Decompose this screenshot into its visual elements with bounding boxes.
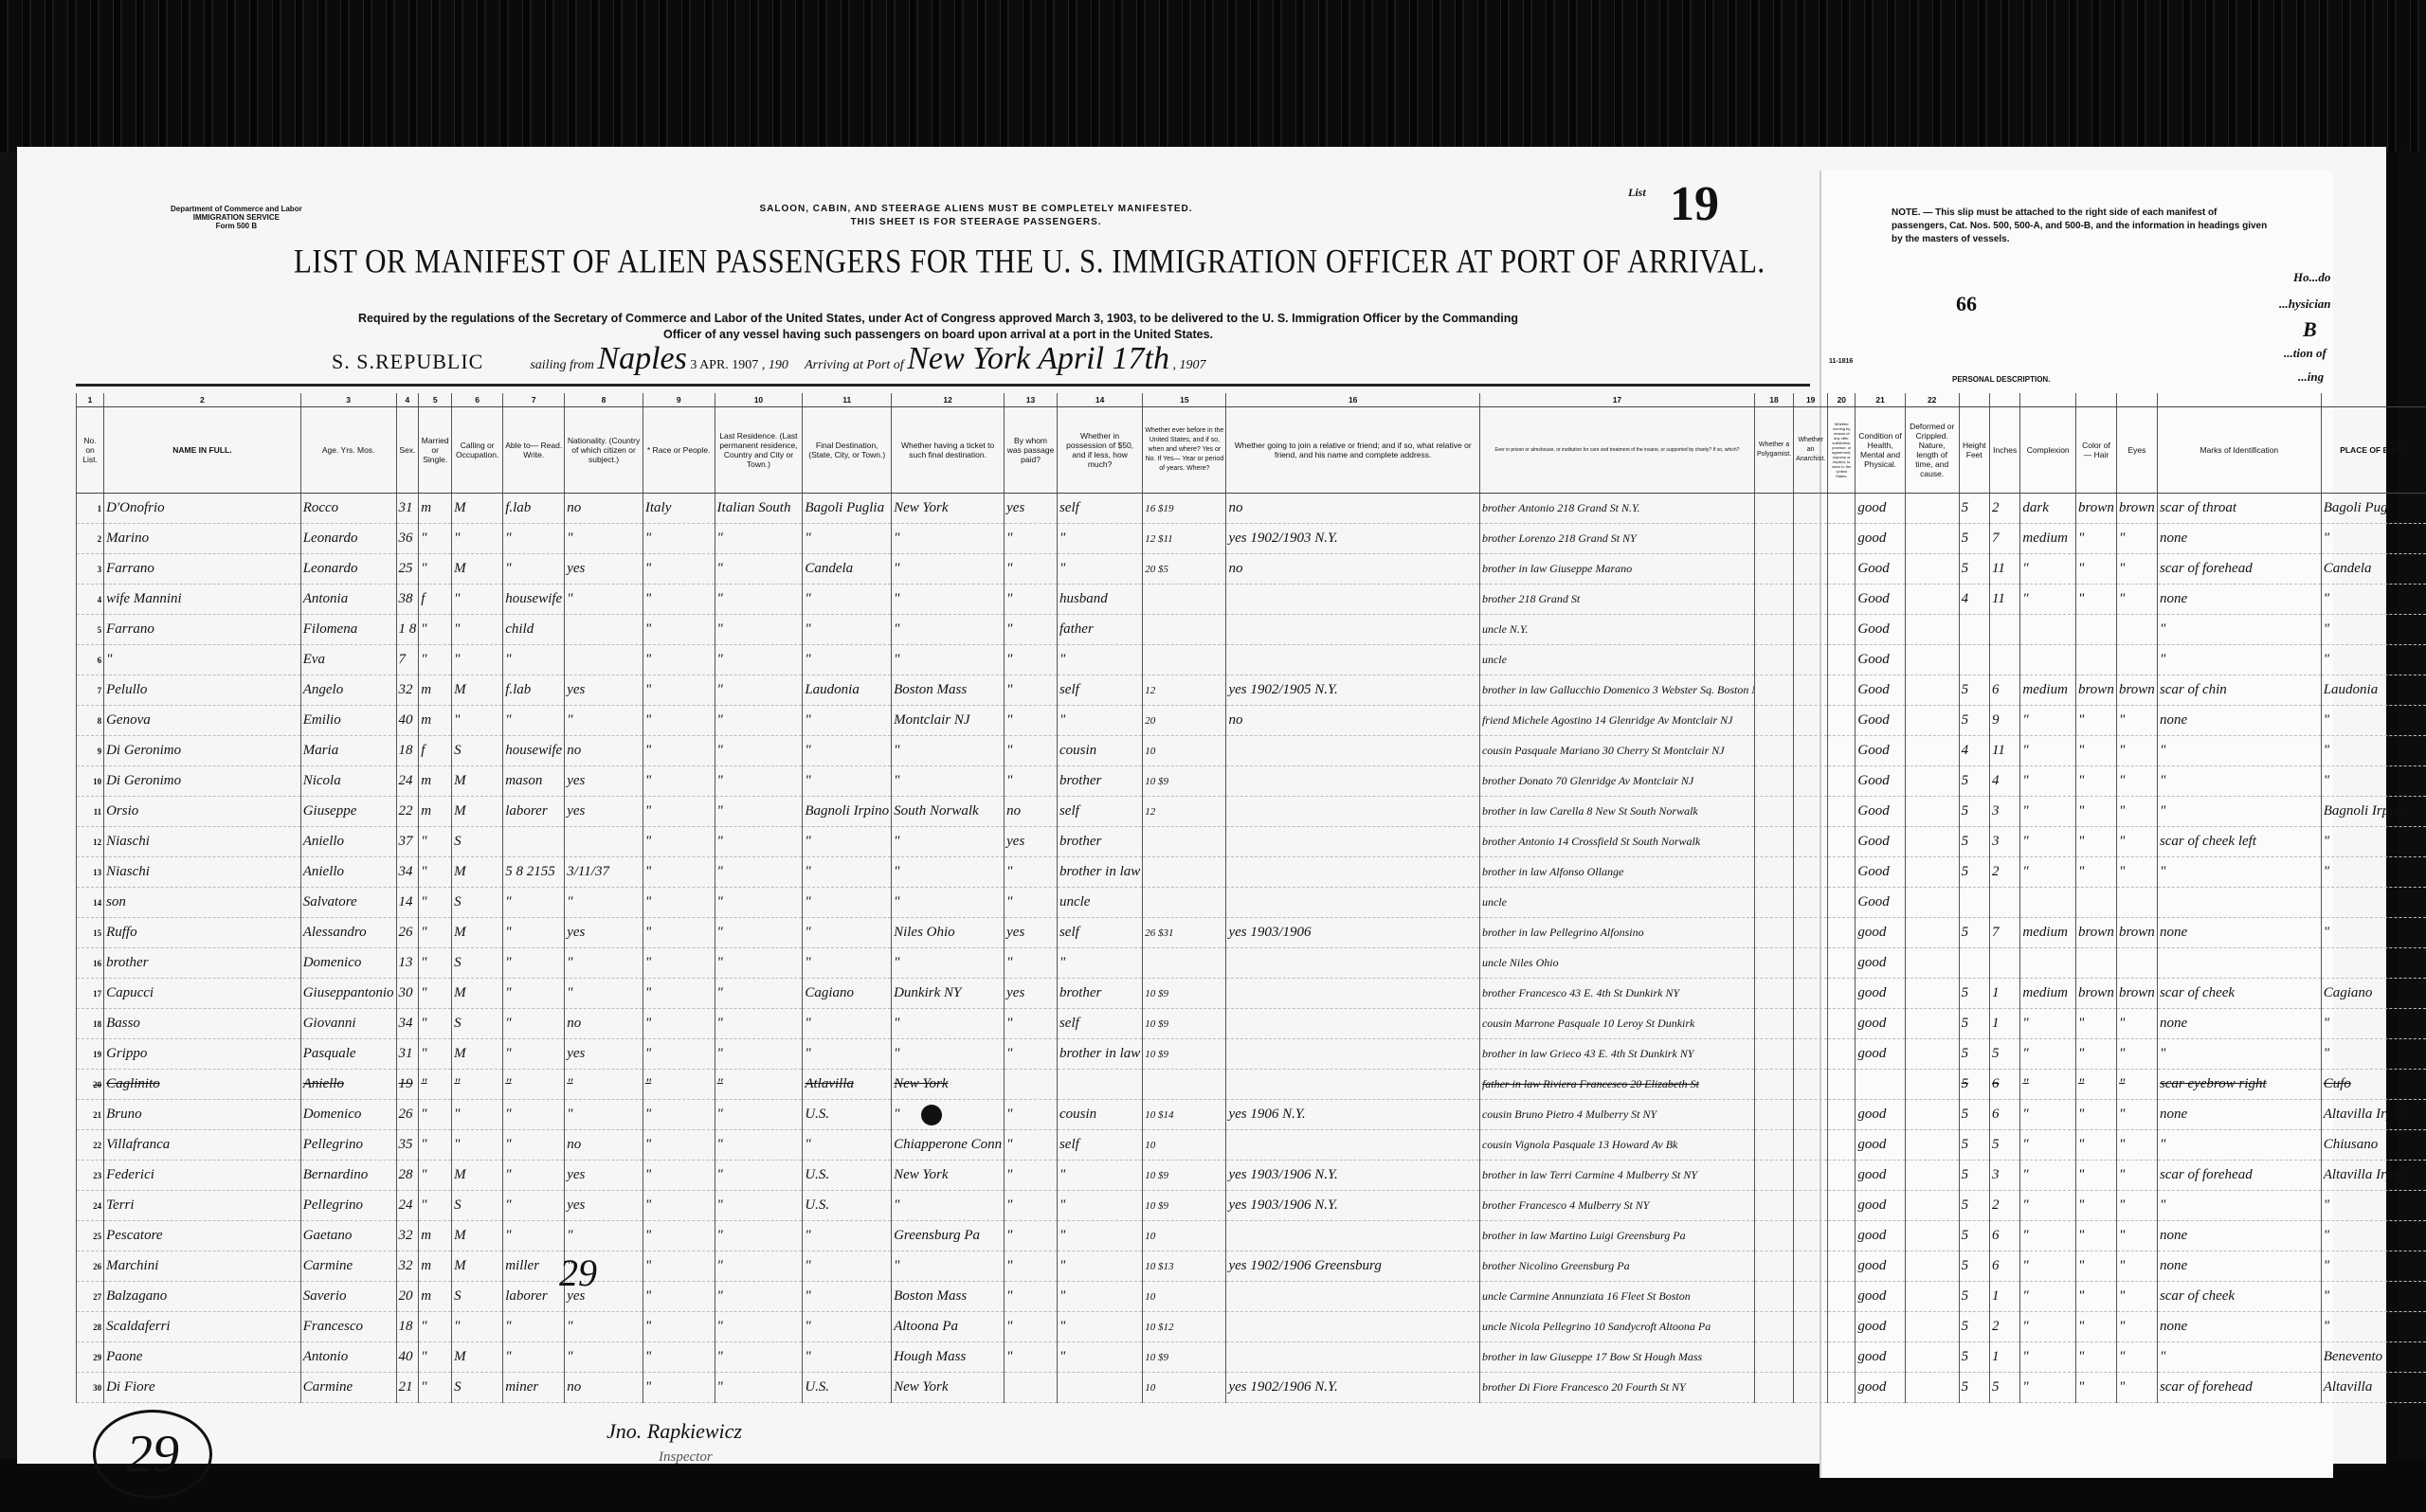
col-num: 22 — [1905, 393, 1959, 407]
table-row: 5FarranoFilomena1 8""child"""""fatherunc… — [77, 615, 2426, 645]
cell-complexion: " — [2020, 1373, 2076, 1403]
cell-read-write: yes — [565, 766, 643, 797]
cell-identification-marks: scar of forehead — [2157, 1161, 2321, 1191]
cell-anarchist — [1828, 1312, 1856, 1342]
cell-prison — [1754, 888, 1793, 918]
manifest-table: 1 2 3 4 5 6 7 8 9 10 11 12 13 14 15 16 1… — [76, 393, 2426, 1403]
cell-ticket: " — [1005, 554, 1058, 585]
header-hair: Color of— Hair — [2076, 407, 2117, 494]
cell-occupation: f.lab — [503, 494, 565, 524]
cell-surname: Di Geronimo — [104, 766, 301, 797]
cell-age: 24 — [396, 1191, 419, 1221]
cell-anarchist — [1828, 736, 1856, 766]
cell-sex: " — [419, 1161, 452, 1191]
cell-row-number: 3 — [77, 554, 104, 585]
cell-complexion: " — [2020, 1130, 2076, 1161]
cell-health: good — [1856, 1221, 1905, 1251]
side-label-1: Ho...do — [2293, 270, 2330, 285]
cell-deformed — [1905, 1100, 1959, 1130]
cell-row-number: 29 — [77, 1342, 104, 1373]
cell-sex: m — [419, 1251, 452, 1282]
cell-read-write: yes — [565, 1161, 643, 1191]
cell-hair-color: " — [2076, 1373, 2117, 1403]
cell-passage-paid-by: uncle — [1057, 888, 1142, 918]
header-birthplace: PLACE OF BIRTH — [2321, 407, 2426, 494]
cell-age: 38 — [396, 585, 419, 615]
cell-age: 30 — [396, 979, 419, 1009]
cell-health: Good — [1856, 675, 1905, 706]
cell-prison — [1754, 1009, 1793, 1039]
cell-joining-relative: brother in law Pellegrino Alfonsino — [1479, 918, 1754, 948]
cell-identification-marks: none — [2157, 585, 2321, 615]
cell-previous-us-visit: yes 1902/1906 Greensburg — [1226, 1251, 1479, 1282]
cell-birthplace: Bagoli Pug. — [2321, 494, 2426, 524]
cell-complexion: medium — [2020, 918, 2076, 948]
cell-health: good — [1856, 918, 1905, 948]
cell-nationality: " — [643, 1251, 715, 1282]
cell-health: good — [1856, 948, 1905, 979]
cell-identification-marks: scar of cheek — [2157, 979, 2321, 1009]
cell-race: " — [715, 857, 803, 888]
cell-occupation: " — [503, 554, 565, 585]
cell-identification-marks: " — [2157, 1130, 2321, 1161]
cell-passage-paid-by: " — [1057, 706, 1142, 736]
cell-age: 31 — [396, 494, 419, 524]
header-health: Condition of Health, Mental and Physical… — [1856, 407, 1905, 494]
cell-nationality: " — [643, 948, 715, 979]
cell-height-feet: 5 — [1959, 1342, 1989, 1373]
cell-occupation: " — [503, 524, 565, 554]
cell-identification-marks: scar of forehead — [2157, 1373, 2321, 1403]
cell-identification-marks: none — [2157, 1221, 2321, 1251]
cell-eye-color: " — [2116, 1039, 2157, 1070]
cell-sex: m — [419, 675, 452, 706]
cell-final-destination: " — [892, 585, 1005, 615]
cell-eye-color: " — [2116, 1342, 2157, 1373]
cell-surname: Pelullo — [104, 675, 301, 706]
col-num: 13 — [1005, 393, 1058, 407]
table-row: 28ScaldaferriFrancesco18"""""""Altoona P… — [77, 1312, 2426, 1342]
cell-hair-color: " — [2076, 1312, 2117, 1342]
cell-surname: Pescatore — [104, 1221, 301, 1251]
cell-given-name: Pellegrino — [300, 1191, 396, 1221]
cell-previous-us-visit: yes 1902/1905 N.Y. — [1226, 675, 1479, 706]
cell-sex: f — [419, 585, 452, 615]
cell-read-write: " — [565, 1100, 643, 1130]
cell-joining-relative: cousin Vignola Pasquale 13 Howard Av Bk — [1479, 1130, 1754, 1161]
cell-money: 12 — [1143, 797, 1226, 827]
cell-ticket: " — [1005, 645, 1058, 675]
cell-race: " — [715, 1342, 803, 1373]
cell-eye-color: " — [2116, 766, 2157, 797]
cell-eye-color: " — [2116, 1191, 2157, 1221]
cell-passage-paid-by: self — [1057, 675, 1142, 706]
col-num: 8 — [565, 393, 643, 407]
cell-nationality: " — [643, 1009, 715, 1039]
cell-eye-color: " — [2116, 585, 2157, 615]
cell-joining-relative: brother Antonio 14 Crossfield St South N… — [1479, 827, 1754, 857]
cell-identification-marks: none — [2157, 524, 2321, 554]
cell-marital-status: " — [452, 1312, 503, 1342]
cell-previous-us-visit — [1226, 736, 1479, 766]
cell-health: good — [1856, 1373, 1905, 1403]
cell-sex: " — [419, 1009, 452, 1039]
cell-identification-marks: none — [2157, 1251, 2321, 1282]
cell-height-inches: 1 — [1989, 1342, 2019, 1373]
cell-joining-relative: brother Antonio 218 Grand St N.Y. — [1479, 494, 1754, 524]
header-prison: Ever in prison or almshouse, or institut… — [1479, 407, 1754, 494]
cell-height-feet: 5 — [1959, 706, 1989, 736]
cell-nationality: " — [643, 797, 715, 827]
cell-age: 1 8 — [396, 615, 419, 645]
cell-age: 28 — [396, 1161, 419, 1191]
cell-anarchist — [1828, 979, 1856, 1009]
cell-hair-color: " — [2076, 706, 2117, 736]
cell-anarchist — [1828, 1251, 1856, 1282]
cell-race: " — [715, 918, 803, 948]
cell-polygamist — [1794, 1070, 1828, 1100]
cell-hair-color: " — [2076, 554, 2117, 585]
cell-nationality: " — [643, 645, 715, 675]
header-nationality: Nationality. (Country of which citizen o… — [565, 407, 643, 494]
cell-previous-us-visit: no — [1226, 706, 1479, 736]
table-row: 25PescatoreGaetano32mM"""""Greensburg Pa… — [77, 1221, 2426, 1251]
cell-ticket: " — [1005, 524, 1058, 554]
cell-birthplace: Altavilla Irpin — [2321, 1100, 2426, 1130]
cell-prison — [1754, 1191, 1793, 1221]
cell-surname: Marino — [104, 524, 301, 554]
cell-age: 7 — [396, 645, 419, 675]
cell-nationality: " — [643, 1342, 715, 1373]
cell-height-feet: 5 — [1959, 675, 1989, 706]
cell-joining-relative: brother in law Gallucchio Domenico 3 Web… — [1479, 675, 1754, 706]
cell-read-write: " — [565, 1070, 643, 1100]
cell-eye-color: " — [2116, 736, 2157, 766]
cell-hair-color: " — [2076, 524, 2117, 554]
cell-polygamist — [1794, 827, 1828, 857]
cell-height-inches: 3 — [1989, 1161, 2019, 1191]
cell-nationality: " — [643, 1282, 715, 1312]
department-block: Department of Commerce and Labor IMMIGRA… — [171, 205, 302, 230]
cell-anarchist — [1828, 1130, 1856, 1161]
cell-read-write: " — [565, 1312, 643, 1342]
col-num: 20 — [1828, 393, 1856, 407]
cell-sex: " — [419, 1312, 452, 1342]
cell-final-destination: " — [892, 615, 1005, 645]
cell-birthplace: " — [2321, 585, 2426, 615]
cell-height-feet: 5 — [1959, 857, 1989, 888]
cell-given-name: Eva — [300, 645, 396, 675]
year-suffix: , 190 — [762, 358, 788, 372]
cell-joining-relative: uncle Niles Ohio — [1479, 948, 1754, 979]
table-row: 23FedericiBernardino28"M"yes""U.S.New Yo… — [77, 1161, 2426, 1191]
cell-anarchist — [1828, 918, 1856, 948]
cell-ticket: " — [1005, 1312, 1058, 1342]
cell-prison — [1754, 585, 1793, 615]
cell-sex: " — [419, 918, 452, 948]
cell-passage-paid-by: " — [1057, 948, 1142, 979]
cell-birthplace: " — [2321, 1039, 2426, 1070]
cell-health: Good — [1856, 827, 1905, 857]
cell-last-residence: Bagoli Puglia — [803, 494, 892, 524]
cell-height-feet: 5 — [1959, 827, 1989, 857]
cell-age: 32 — [396, 1251, 419, 1282]
cell-occupation: " — [503, 1342, 565, 1373]
cell-birthplace: " — [2321, 1312, 2426, 1342]
ink-blot — [921, 1105, 942, 1125]
cell-last-residence: " — [803, 888, 892, 918]
cell-passage-paid-by: " — [1057, 1342, 1142, 1373]
circled-page-count: 29 — [93, 1410, 212, 1499]
cell-occupation: " — [503, 1221, 565, 1251]
table-row: 4wife ManniniAntonia38f"housewife""""""h… — [77, 585, 2426, 615]
cell-birthplace: " — [2321, 645, 2426, 675]
cell-health: Good — [1856, 766, 1905, 797]
cell-complexion: medium — [2020, 979, 2076, 1009]
cell-health: good — [1856, 1130, 1905, 1161]
cell-eye-color: brown — [2116, 494, 2157, 524]
cell-health: Good — [1856, 554, 1905, 585]
cell-hair-color: " — [2076, 1251, 2117, 1282]
cell-read-write: yes — [565, 1191, 643, 1221]
cell-height-inches: 1 — [1989, 1009, 2019, 1039]
col-num: 7 — [503, 393, 565, 407]
cell-prison — [1754, 615, 1793, 645]
cell-hair-color: brown — [2076, 494, 2117, 524]
cell-given-name: Domenico — [300, 948, 396, 979]
cell-race: " — [715, 797, 803, 827]
cell-anarchist — [1828, 797, 1856, 827]
cell-joining-relative: brother Nicolino Greensburg Pa — [1479, 1251, 1754, 1282]
cell-health: good — [1856, 1251, 1905, 1282]
cell-polygamist — [1794, 1221, 1828, 1251]
cell-surname: Di Fiore — [104, 1373, 301, 1403]
table-row: 12NiaschiAniello37"S""""yesbrotherbrothe… — [77, 827, 2426, 857]
cell-previous-us-visit: yes 1903/1906 N.Y. — [1226, 1191, 1479, 1221]
side-label-3: B — [2303, 317, 2317, 342]
cell-prison — [1754, 1039, 1793, 1070]
table-row: 22VillafrancaPellegrino35"""no"""Chiappe… — [77, 1130, 2426, 1161]
cell-nationality: " — [643, 706, 715, 736]
cell-nationality: " — [643, 585, 715, 615]
cell-previous-us-visit — [1226, 1282, 1479, 1312]
cell-prison — [1754, 554, 1793, 585]
cell-age: 36 — [396, 524, 419, 554]
cell-polygamist — [1794, 736, 1828, 766]
requirement-line-1: Required by the regulations of the Secre… — [180, 311, 1696, 327]
cell-hair-color: " — [2076, 1191, 2117, 1221]
cell-row-number: 9 — [77, 736, 104, 766]
cell-joining-relative: brother Francesco 43 E. 4th St Dunkirk N… — [1479, 979, 1754, 1009]
cell-birthplace: " — [2321, 1191, 2426, 1221]
cell-passage-paid-by: brother in law — [1057, 1039, 1142, 1070]
cell-race: " — [715, 766, 803, 797]
cell-joining-relative: brother in law Grieco 43 E. 4th St Dunki… — [1479, 1039, 1754, 1070]
cell-complexion: " — [2020, 827, 2076, 857]
cell-joining-relative: father in law Riviera Francesco 20 Eliza… — [1479, 1070, 1754, 1100]
cell-deformed — [1905, 1161, 1959, 1191]
cell-race: " — [715, 706, 803, 736]
table-row: 13NiaschiAniello34"M5 8 21553/11/37"""""… — [77, 857, 2426, 888]
cell-race: Italian South — [715, 494, 803, 524]
cell-health: good — [1856, 1100, 1905, 1130]
cell-sex: " — [419, 979, 452, 1009]
cell-eye-color: brown — [2116, 675, 2157, 706]
cell-health: Good — [1856, 645, 1905, 675]
header-passage-paid: By whom was passage paid? — [1005, 407, 1058, 494]
cell-height-feet: 5 — [1959, 524, 1989, 554]
cell-joining-relative: brother Lorenzo 218 Grand St NY — [1479, 524, 1754, 554]
cell-final-destination: " — [892, 1009, 1005, 1039]
cell-health: good — [1856, 1161, 1905, 1191]
cell-hair-color: brown — [2076, 979, 2117, 1009]
cell-eye-color: " — [2116, 1221, 2157, 1251]
header-anarchist: Whether an Anarchist. — [1794, 407, 1828, 494]
cell-money: 20 — [1143, 706, 1226, 736]
cell-row-number: 6 — [77, 645, 104, 675]
table-row: 1D'OnofrioRocco31mMf.labnoItalyItalian S… — [77, 494, 2426, 524]
cell-passage-paid-by: " — [1057, 1221, 1142, 1251]
col-num: 4 — [396, 393, 419, 407]
cell-last-residence: " — [803, 585, 892, 615]
cell-given-name: Francesco — [300, 1312, 396, 1342]
cell-polygamist — [1794, 706, 1828, 736]
cell-deformed — [1905, 857, 1959, 888]
microfilm-border-left — [0, 152, 19, 1512]
cell-marital-status: S — [452, 1009, 503, 1039]
cell-last-residence: " — [803, 1221, 892, 1251]
cell-health: Good — [1856, 736, 1905, 766]
cell-health: good — [1856, 1009, 1905, 1039]
cell-money — [1143, 585, 1226, 615]
cell-occupation: 5 8 2155 — [503, 857, 565, 888]
cell-age: 40 — [396, 1342, 419, 1373]
cell-polygamist — [1794, 1342, 1828, 1373]
col-num: 11 — [803, 393, 892, 407]
cell-identification-marks: " — [2157, 615, 2321, 645]
cell-occupation: " — [503, 918, 565, 948]
cell-identification-marks: scar of chin — [2157, 675, 2321, 706]
cell-eye-color: " — [2116, 1130, 2157, 1161]
cell-surname: brother — [104, 948, 301, 979]
cell-given-name: Gaetano — [300, 1221, 396, 1251]
cell-read-write: no — [565, 736, 643, 766]
cell-previous-us-visit: yes 1903/1906 N.Y. — [1226, 1161, 1479, 1191]
service-name: IMMIGRATION SERVICE — [171, 213, 302, 222]
cell-race: " — [715, 948, 803, 979]
cell-money: 10 $14 — [1143, 1100, 1226, 1130]
cell-hair-color — [2076, 888, 2117, 918]
cell-joining-relative: brother Francesco 4 Mulberry St NY — [1479, 1191, 1754, 1221]
cell-nationality: Italy — [643, 494, 715, 524]
cell-given-name: Domenico — [300, 1100, 396, 1130]
cell-height-feet: 5 — [1959, 1251, 1989, 1282]
cell-surname: Ruffo — [104, 918, 301, 948]
cell-age: 34 — [396, 1009, 419, 1039]
cell-age: 40 — [396, 706, 419, 736]
cell-complexion: " — [2020, 585, 2076, 615]
cell-polygamist — [1794, 1282, 1828, 1312]
cell-height-inches: 11 — [1989, 554, 2019, 585]
cell-read-write: " — [565, 706, 643, 736]
cell-prison — [1754, 706, 1793, 736]
cell-complexion: " — [2020, 1342, 2076, 1373]
cell-hair-color: brown — [2076, 918, 2117, 948]
cell-height-inches: 6 — [1989, 1100, 2019, 1130]
cell-deformed — [1905, 675, 1959, 706]
cell-given-name: Aniello — [300, 857, 396, 888]
cell-ticket: " — [1005, 1130, 1058, 1161]
cell-final-destination: Greensburg Pa — [892, 1221, 1005, 1251]
cell-prison — [1754, 1070, 1793, 1100]
cell-race: " — [715, 979, 803, 1009]
cell-previous-us-visit — [1226, 1342, 1479, 1373]
cell-anarchist — [1828, 1221, 1856, 1251]
cell-anarchist — [1828, 1161, 1856, 1191]
cell-height-inches: 2 — [1989, 857, 2019, 888]
margin-number: 29 — [559, 1251, 597, 1295]
cell-polygamist — [1794, 615, 1828, 645]
column-numbers-row: 1 2 3 4 5 6 7 8 9 10 11 12 13 14 15 16 1… — [77, 393, 2426, 407]
cell-age: 22 — [396, 797, 419, 827]
cell-race: " — [715, 1282, 803, 1312]
cell-final-destination: Chiapperone Conn — [892, 1130, 1005, 1161]
cell-occupation: " — [503, 979, 565, 1009]
cell-surname: Farrano — [104, 554, 301, 585]
cell-joining-relative: brother in law Giuseppe 17 Bow St Hough … — [1479, 1342, 1754, 1373]
cell-given-name: Angelo — [300, 675, 396, 706]
cell-previous-us-visit: no — [1226, 554, 1479, 585]
cell-birthplace: " — [2321, 857, 2426, 888]
cell-height-feet: 5 — [1959, 1009, 1989, 1039]
header-previous-us: Whether ever before in the United States… — [1143, 407, 1226, 494]
cell-previous-us-visit — [1226, 1070, 1479, 1100]
header-ticket: Whether having a ticket to such final de… — [892, 407, 1005, 494]
cell-given-name: Antonia — [300, 585, 396, 615]
cell-complexion: " — [2020, 1009, 2076, 1039]
cell-joining-relative: uncle Nicola Pellegrino 10 Sandycroft Al… — [1479, 1312, 1754, 1342]
cell-anarchist — [1828, 888, 1856, 918]
cell-prison — [1754, 827, 1793, 857]
cell-height-inches: 3 — [1989, 797, 2019, 827]
ship-prefix: S. S. — [332, 350, 375, 373]
cell-surname: Villafranca — [104, 1130, 301, 1161]
cell-anarchist — [1828, 554, 1856, 585]
cell-prison — [1754, 1251, 1793, 1282]
cell-previous-us-visit — [1226, 766, 1479, 797]
cell-height-feet: 5 — [1959, 797, 1989, 827]
cell-complexion: " — [2020, 1070, 2076, 1100]
cell-ticket: " — [1005, 1221, 1058, 1251]
cell-nationality: " — [643, 1373, 715, 1403]
cell-ticket: yes — [1005, 918, 1058, 948]
cell-height-feet — [1959, 615, 1989, 645]
cell-age: 24 — [396, 766, 419, 797]
cell-row-number: 15 — [77, 918, 104, 948]
cell-last-residence: U.S. — [803, 1100, 892, 1130]
cell-eye-color — [2116, 645, 2157, 675]
cell-row-number: 14 — [77, 888, 104, 918]
col-num: 2 — [104, 393, 301, 407]
list-number: 19 — [1670, 176, 1719, 232]
cell-last-residence: " — [803, 524, 892, 554]
cell-height-inches: 6 — [1989, 1221, 2019, 1251]
cell-hair-color: " — [2076, 585, 2117, 615]
col-num: 19 — [1794, 393, 1828, 407]
cell-race: " — [715, 1221, 803, 1251]
cell-age: 37 — [396, 827, 419, 857]
cell-identification-marks: scar of forehead — [2157, 554, 2321, 585]
